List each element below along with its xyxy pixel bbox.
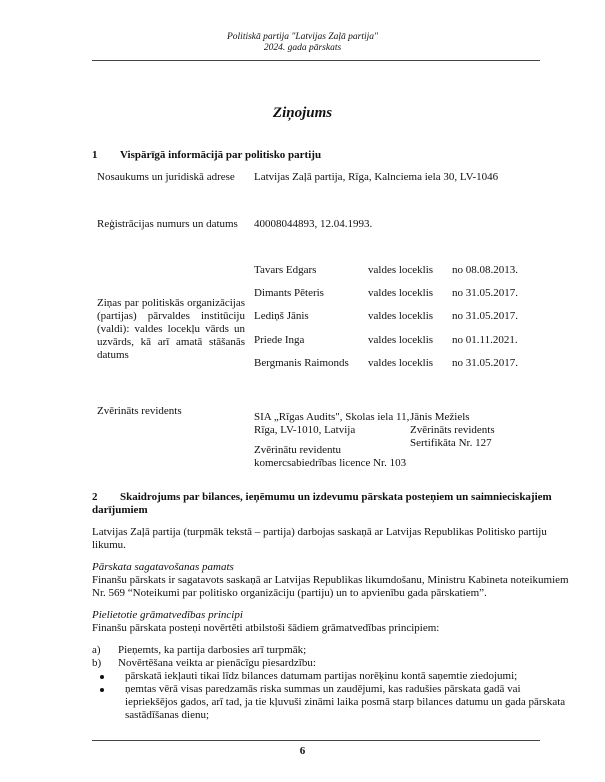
board-member-name: Tavars Edgars [254,264,316,277]
running-header-title: Politiskā partija "Latvijas Zaļā partija… [0,32,605,43]
section2-heading-line2: darījumiem [92,504,148,517]
board-member-since: no 31.05.2017. [452,357,518,370]
board-member-name: Priede Inga [254,334,304,347]
bullet-item-2-line3: sastādīšanas dienu; [125,709,209,722]
auditor-person-name: Jānis Mežiels [410,411,470,424]
auditor-company-line1: SIA „Rīgas Audits", Skolas iela 11, [254,411,409,424]
intro-line1: Latvijas Zaļā partija (turpmāk tekstā – … [92,526,547,539]
auditor-company-line2: Rīga, LV-1010, Latvija [254,424,355,437]
principles-intro: Finanšu pārskata posteņi novērtēti atbil… [92,622,439,635]
board-member-since: no 01.11.2021. [452,334,518,347]
footer-divider [92,740,540,741]
bullet-item-1: pārskatā iekļauti tikai līdz bilances da… [125,670,517,683]
list-marker-a: a) [92,644,101,657]
auditor-license-line1: Zvērinātu revidentu [254,444,341,457]
auditor-certificate: Sertifikāta Nr. 127 [410,437,492,450]
registration-label: Reģistrācijas numurs un datums [97,218,238,231]
basis-subheading: Pārskata sagatavošanas pamats [92,561,234,574]
basis-line2: Nr. 569 “Noteikumi par politisko organiz… [92,587,487,600]
bullet-icon [100,675,104,679]
board-member-role: valdes loceklis [368,310,433,323]
page-number: 6 [0,745,605,757]
list-marker-b: b) [92,657,101,670]
running-header-subtitle: 2024. gada pārskats [0,43,605,54]
board-member-name: Lediņš Jānis [254,310,309,323]
basis-line1: Finanšu pārskats ir sagatavots saskaņā a… [92,574,569,587]
section2-heading-line1: Skaidrojums par bilances, ieņēmumu un iz… [120,491,552,504]
header-divider [92,60,540,61]
registration-value: 40008044893, 12.04.1993. [254,218,372,231]
board-member-role: valdes loceklis [368,287,433,300]
board-member-since: no 31.05.2017. [452,287,518,300]
name-address-value: Latvijas Zaļā partija, Rīga, Kalnciema i… [254,171,498,184]
auditor-person-title: Zvērināts revidents [410,424,495,437]
board-member-role: valdes loceklis [368,264,433,277]
section1-number: 1 [92,149,98,162]
board-member-since: no 31.05.2017. [452,310,518,323]
bullet-item-2-line1: ņemtas vērā visas paredzamās riska summa… [125,683,521,696]
intro-line2: likumu. [92,539,126,552]
bullet-item-2-line2: iepriekšējos gados, arī tad, ja tie kļuv… [125,696,565,709]
section2-number: 2 [92,491,98,504]
list-item-a: Pieņemts, ka partija darbosies arī turpm… [118,644,306,657]
list-item-b: Novērtēšana veikta ar pienācīgu piesardz… [118,657,316,670]
auditor-license-line2: komercsabiedrības licence Nr. 103 [254,457,406,470]
board-member-role: valdes loceklis [368,357,433,370]
principles-subheading: Pielietotie grāmatvedības principi [92,609,243,622]
board-label: Ziņas par politiskās organizācijas (part… [97,297,245,362]
auditor-label: Zvērināts revidents [97,405,182,418]
board-member-role: valdes loceklis [368,334,433,347]
name-address-label: Nosaukums un juridiskā adrese [97,171,235,184]
page-title: Ziņojums [0,105,605,122]
board-member-name: Bergmanis Raimonds [254,357,349,370]
board-member-name: Dimants Pēteris [254,287,324,300]
bullet-icon [100,688,104,692]
section1-heading: Vispārīgā informācijā par politisko part… [120,149,321,162]
board-member-since: no 08.08.2013. [452,264,518,277]
